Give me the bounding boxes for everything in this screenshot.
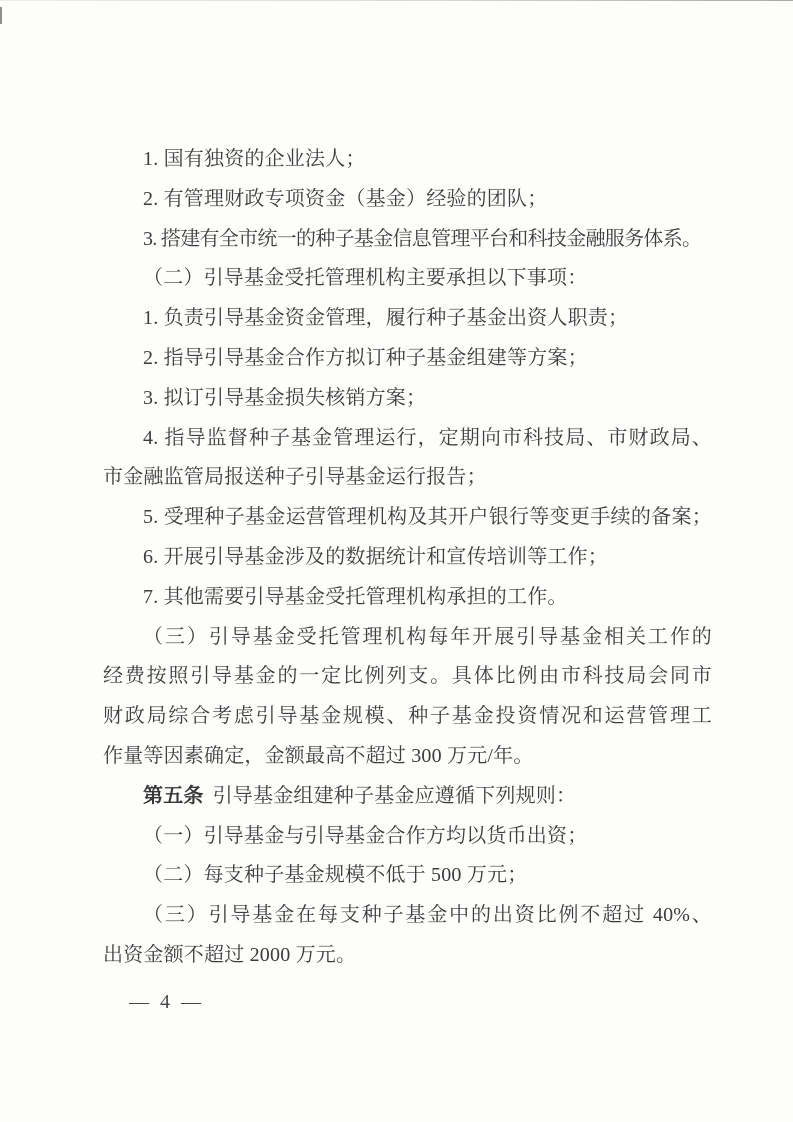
paragraph-line: 市金融监管局报送种子引导基金运行报告； <box>103 458 712 498</box>
paragraph-line: 作量等因素确定，金额最高不超过 300 万元/年。 <box>103 737 712 777</box>
page-number: — 4 — <box>129 991 204 1014</box>
list-item: 5. 受理种子基金运营管理机构及其开户银行等变更手续的备案； <box>103 498 712 538</box>
list-item: 3. 搭建有全市统一的种子基金信息管理平台和科技金融服务体系。 <box>103 220 712 260</box>
document-page: 1. 国有独资的企业法人； 2. 有管理财政专项资金（基金）经验的团队； 3. … <box>0 0 793 1122</box>
paragraph-line: 出资金额不超过 2000 万元。 <box>103 936 712 976</box>
list-item: （二）每支种子基金规模不低于 500 万元； <box>103 856 712 896</box>
article-heading-line: 第五条引导基金组建种子基金应遵循下列规则： <box>103 777 712 817</box>
article-number: 第五条 <box>143 785 204 807</box>
paragraph-line: （三）引导基金受托管理机构每年开展引导基金相关工作的 <box>103 618 712 658</box>
paragraph-line: 财政局综合考虑引导基金规模、种子基金投资情况和运营管理工 <box>103 697 712 737</box>
list-item: （一）引导基金与引导基金合作方均以货币出资； <box>103 817 712 857</box>
list-item: 7. 其他需要引导基金受托管理机构承担的工作。 <box>103 578 712 618</box>
list-item: 4. 指导监督种子基金管理运行，定期向市科技局、市财政局、 <box>103 419 712 459</box>
list-item: （三）引导基金在每支种子基金中的出资比例不超过 40%、 <box>103 896 712 936</box>
list-item: 1. 国有独资的企业法人； <box>103 140 712 180</box>
article-text: 引导基金组建种子基金应遵循下列规则： <box>213 785 577 807</box>
document-body: 1. 国有独资的企业法人； 2. 有管理财政专项资金（基金）经验的团队； 3. … <box>103 140 712 976</box>
list-item: 1. 负责引导基金资金管理，履行种子基金出资人职责； <box>103 299 712 339</box>
list-item: 3. 拟订引导基金损失核销方案； <box>103 379 712 419</box>
list-item: 6. 开展引导基金涉及的数据统计和宣传培训等工作； <box>103 538 712 578</box>
scan-edge-artifact <box>0 0 793 1</box>
list-item: 2. 有管理财政专项资金（基金）经验的团队； <box>103 180 712 220</box>
scan-edge-artifact <box>0 7 2 24</box>
list-item: 2. 指导引导基金合作方拟订种子基金组建等方案； <box>103 339 712 379</box>
section-heading: （二）引导基金受托管理机构主要承担以下事项： <box>103 259 712 299</box>
paragraph-line: 经费按照引导基金的一定比例列支。具体比例由市科技局会同市 <box>103 657 712 697</box>
